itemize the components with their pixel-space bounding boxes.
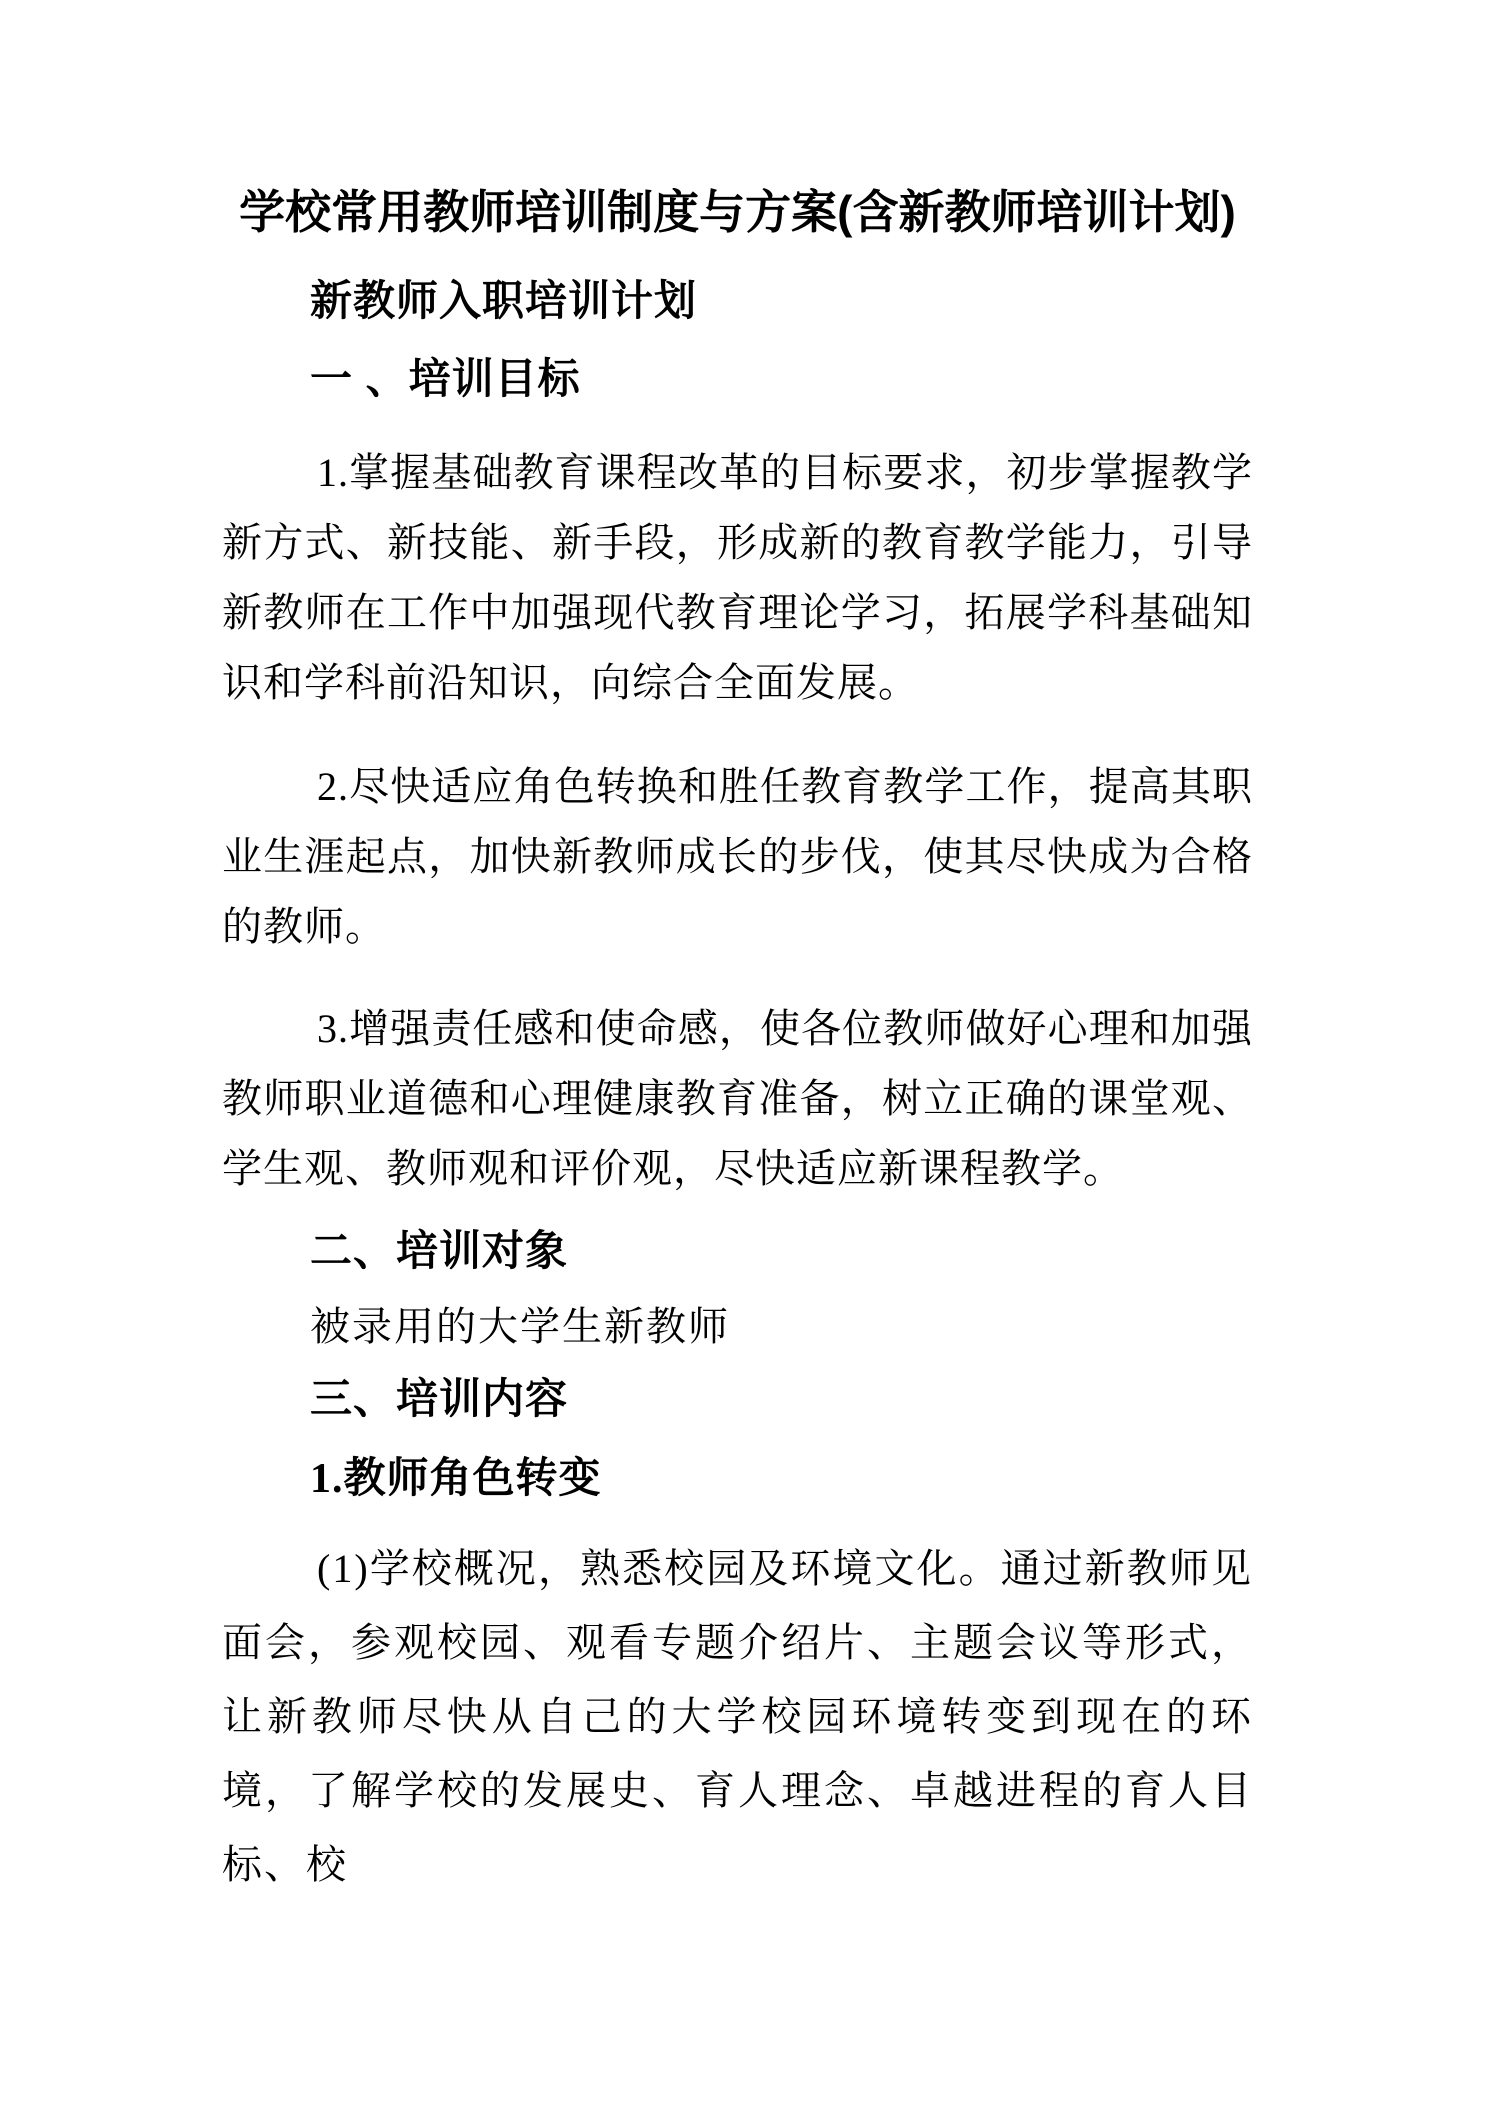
paragraph-goal-3: 3.增强责任感和使命感，使各位教师做好心理和加强教师职业道德和心理健康教育准备，… — [222, 994, 1253, 1204]
subheading-teacher-role-change: 1.教师角色转变 — [222, 1452, 1253, 1506]
section-heading-training-target: 二、培训对象 — [222, 1224, 1253, 1278]
document-subtitle: 新教师入职培训计划 — [222, 274, 1253, 328]
training-target-text: 被录用的大学生新教师 — [222, 1292, 1253, 1362]
section-heading-training-content: 三、培训内容 — [222, 1372, 1253, 1426]
section-heading-training-goals: 一 、培训目标 — [222, 352, 1253, 406]
paragraph-goal-1: 1.掌握基础教育课程改革的目标要求，初步掌握教学新方式、新技能、新手段，形成新的… — [222, 438, 1253, 718]
document-content: 学校常用教师培训制度与方案(含新教师培训计划) 新教师入职培训计划 一 、培训目… — [0, 0, 1493, 1902]
paragraph-content-1: (1)学校概况，熟悉校园及环境文化。通过新教师见面会，参观校园、观看专题介绍片、… — [222, 1532, 1253, 1902]
document-title: 学校常用教师培训制度与方案(含新教师培训计划) — [222, 182, 1253, 242]
document-page: 学校常用教师培训制度与方案(含新教师培训计划) 新教师入职培训计划 一 、培训目… — [0, 0, 1493, 2112]
paragraph-goal-2: 2.尽快适应角色转换和胜任教育教学工作，提高其职业生涯起点，加快新教师成长的步伐… — [222, 752, 1253, 962]
